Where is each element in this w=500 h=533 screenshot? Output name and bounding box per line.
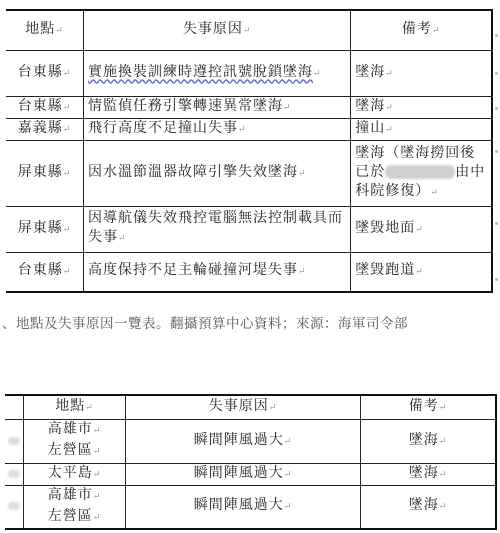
cell-cropped <box>5 419 24 463</box>
row-end-markers <box>495 0 500 310</box>
header-cause: 失事原因↵ <box>126 395 361 419</box>
header-cause: 失事原因↵ <box>83 10 350 50</box>
table-header-row: 地點↵ 失事原因↵ 備考↵ <box>5 395 496 419</box>
header-note: 備考↵ <box>351 10 492 50</box>
header-note: 備考↵ <box>361 395 497 419</box>
cell-note: 墜海↵ <box>351 96 492 118</box>
header-cropped <box>5 395 24 419</box>
table-row: 太平島↵ 瞬間陣風過大↵ 墜海↵ <box>5 463 496 485</box>
cell-cause: 情監偵任務引擎轉速異常墜海↵ <box>83 96 350 118</box>
cell-location: 高雄市↵左營區↵ <box>24 485 126 529</box>
cell-cause: 瞬間陣風過大↵ <box>126 485 361 529</box>
cell-note: 撞山↵ <box>351 118 492 140</box>
header-location: 地點↵ <box>6 10 83 50</box>
cell-note: 墜海（墜海撈回後已於由中科院修復）↵ <box>351 140 492 206</box>
cell-note: 墜海↵ <box>361 419 497 463</box>
cell-cause: 瞬間陣風過大↵ <box>126 419 361 463</box>
cell-cause: 因水溫節溫器故障引擎失效墜海↵ <box>83 140 350 206</box>
redacted-text <box>385 165 455 179</box>
cell-note: 墜海↵ <box>351 50 492 96</box>
table-row: 高雄市↵左營區↵ 瞬間陣風過大↵ 墜海↵ <box>5 419 496 463</box>
cell-location: 太平島↵ <box>24 463 126 485</box>
cell-location: 屏東縣↵ <box>6 140 83 206</box>
table-row: 嘉義縣↵ 飛行高度不足撞山失事↵ 撞山↵ <box>6 118 492 140</box>
table-row: 高雄市↵左營區↵ 瞬間陣風過大↵ 墜海↵ <box>5 485 496 529</box>
table-header-row: 地點↵ 失事原因↵ 備考↵ <box>6 10 492 50</box>
cell-cause: 飛行高度不足撞山失事↵ <box>83 118 350 140</box>
cell-cropped <box>5 485 24 529</box>
cell-cause: 實施換裝訓練時遵控訊號脫鎖墜海↵ <box>83 50 350 96</box>
table-row: 台東縣↵ 實施換裝訓練時遵控訊號脫鎖墜海↵ 墜海↵ <box>6 50 492 96</box>
cell-cause: 高度保持不足主輪碰撞河堤失事↵ <box>83 252 350 292</box>
cell-note: 墜毀跑道↵ <box>351 252 492 292</box>
cell-location: 台東縣↵ <box>6 96 83 118</box>
image-caption: 、地點及失事原因一覽表。翻攝預算中心資料；來源：海軍司令部 <box>2 312 500 332</box>
cell-location: 台東縣↵ <box>6 50 83 96</box>
cell-cropped <box>5 463 24 485</box>
cell-note: 墜海↵ <box>361 463 497 485</box>
table-row: 台東縣↵ 高度保持不足主輪碰撞河堤失事↵ 墜毀跑道↵ <box>6 252 492 292</box>
cell-note: 墜海↵ <box>361 485 497 529</box>
cell-location: 嘉義縣↵ <box>6 118 83 140</box>
table-row: 屏東縣↵ 因導航儀失效飛控電腦無法控制載具而失事↵ 墜毀地面↵ <box>6 206 492 252</box>
cell-note: 墜毀地面↵ <box>351 206 492 252</box>
cell-location: 台東縣↵ <box>6 252 83 292</box>
table-row: 台東縣↵ 情監偵任務引擎轉速異常墜海↵ 墜海↵ <box>6 96 492 118</box>
header-location: 地點↵ <box>24 395 126 419</box>
table-row: 屏東縣↵ 因水溫節溫器故障引擎失效墜海↵ 墜海（墜海撈回後已於由中科院修復）↵ <box>6 140 492 206</box>
crash-table-lower: 地點↵ 失事原因↵ 備考↵ 高雄市↵左營區↵ 瞬間陣風過大↵ 墜海↵ 太平島↵ … <box>5 394 497 530</box>
cell-location: 高雄市↵左營區↵ <box>24 419 126 463</box>
crash-table-upper: 地點↵ 失事原因↵ 備考↵ 台東縣↵ 實施換裝訓練時遵控訊號脫鎖墜海↵ 墜海↵ … <box>6 9 493 293</box>
cell-cause: 因導航儀失效飛控電腦無法控制載具而失事↵ <box>83 206 350 252</box>
cell-cause: 瞬間陣風過大↵ <box>126 463 361 485</box>
cell-location: 屏東縣↵ <box>6 206 83 252</box>
